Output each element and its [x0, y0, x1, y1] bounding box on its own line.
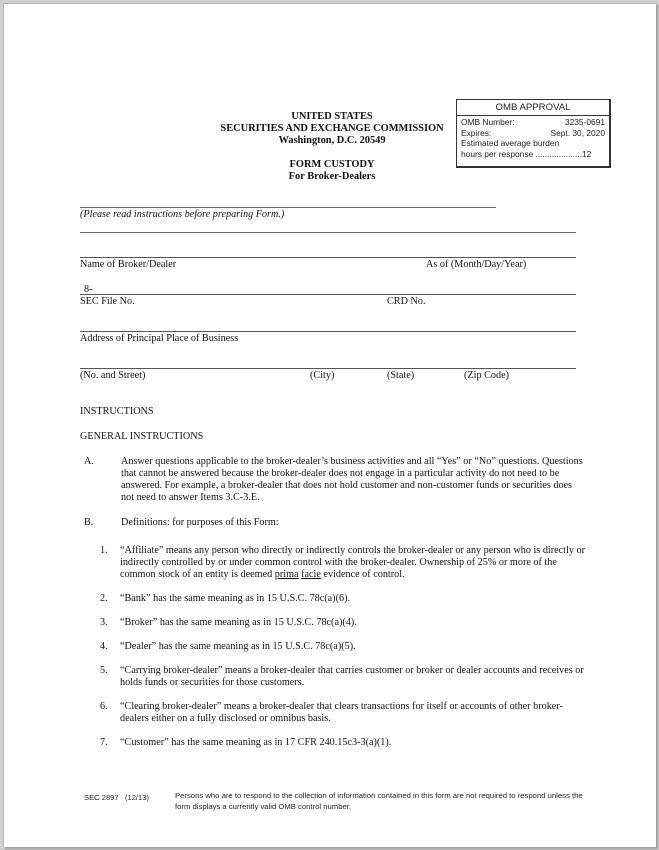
broker-name-field[interactable]	[80, 257, 576, 258]
instructions-heading: INSTRUCTIONS	[80, 406, 154, 417]
definition-number: 2.	[100, 593, 108, 605]
definition-number: 3.	[100, 617, 108, 629]
definition-text-post: evidence of control.	[321, 569, 405, 580]
document-page: UNITED STATES SECURITIES AND EXCHANGE CO…	[3, 3, 656, 847]
omb-number-value: 3235-0691	[565, 117, 605, 128]
header-address: Washington, D.C. 20549	[204, 135, 460, 147]
instruction-a-text: Answer questions applicable to the broke…	[121, 456, 585, 504]
street-city-state-zip-field[interactable]	[80, 368, 576, 369]
city-label: (City)	[310, 370, 334, 381]
omb-number-label: OMB Number:	[461, 117, 515, 128]
note-rule	[80, 232, 576, 233]
instruction-b-marker: B.	[84, 517, 93, 529]
omb-burden-row-1: Estimated average burden	[457, 138, 609, 149]
instructions-note: (Please read instructions before prepari…	[80, 209, 284, 220]
omb-expires-value: Sept. 30, 2020	[551, 128, 605, 139]
sec-file-field[interactable]	[80, 294, 576, 295]
omb-approval-box: OMB APPROVAL OMB Number: 3235-0691 Expir…	[456, 99, 611, 168]
top-rule	[80, 207, 496, 208]
definition-number: 6.	[100, 701, 108, 713]
definition-text: “Bank” has the same meaning as in 15 U.S…	[120, 593, 590, 605]
omb-burden-value: hours per response ....................1…	[461, 149, 591, 160]
definition-text: “Dealer” has the same meaning as in 15 U…	[120, 641, 590, 653]
definition-text: “Customer” has the same meaning as in 17…	[120, 737, 590, 749]
omb-expires-row: Expires: Sept. 30, 2020	[457, 128, 609, 139]
address-field[interactable]	[80, 331, 576, 332]
state-label: (State)	[387, 370, 414, 381]
address-label: Address of Principal Place of Business	[80, 333, 238, 344]
form-title: FORM CUSTODY	[204, 159, 460, 171]
crd-label: CRD No.	[387, 296, 426, 307]
definition-text: “Carrying broker-dealer” means a broker-…	[120, 665, 590, 689]
definition-text: “Affiliate” means any person who directl…	[120, 545, 590, 581]
omb-expires-label: Expires:	[461, 128, 491, 139]
definition-number: 4.	[100, 641, 108, 653]
definition-text: “Clearing broker-dealer” means a broker-…	[120, 701, 590, 725]
definition-number: 7.	[100, 737, 108, 749]
agency-header: UNITED STATES SECURITIES AND EXCHANGE CO…	[204, 111, 460, 183]
zip-label: (Zip Code)	[464, 370, 509, 381]
instruction-a-marker: A.	[84, 456, 94, 468]
street-label: (No. and Street)	[80, 370, 145, 381]
as-of-date-label: As of (Month/Day/Year)	[426, 259, 526, 270]
facie-underlined: facie	[301, 569, 321, 580]
form-number: SEC 2897 (12/13)	[84, 793, 149, 802]
general-instructions-heading: GENERAL INSTRUCTIONS	[80, 431, 203, 442]
definition-text: “Broker” has the same meaning as in 15 U…	[120, 617, 590, 629]
definition-number: 1.	[100, 545, 108, 557]
sec-file-label: SEC File No.	[80, 296, 135, 307]
definition-number: 5.	[100, 665, 108, 677]
broker-name-label: Name of Broker/Dealer	[80, 259, 176, 270]
omb-title: OMB APPROVAL	[457, 100, 609, 116]
instruction-b-text: Definitions: for purposes of this Form:	[121, 517, 585, 529]
omb-number-row: OMB Number: 3235-0691	[457, 117, 609, 128]
omb-notice: Persons who are to respond to the collec…	[175, 790, 585, 812]
header-country: UNITED STATES	[204, 111, 460, 123]
header-agency: SECURITIES AND EXCHANGE COMMISSION	[204, 123, 460, 135]
prima-underlined: prima	[275, 569, 299, 580]
omb-burden-row-2: hours per response ....................1…	[457, 149, 609, 160]
form-subtitle: For Broker-Dealers	[204, 171, 460, 183]
omb-burden-label: Estimated average burden	[461, 138, 559, 149]
